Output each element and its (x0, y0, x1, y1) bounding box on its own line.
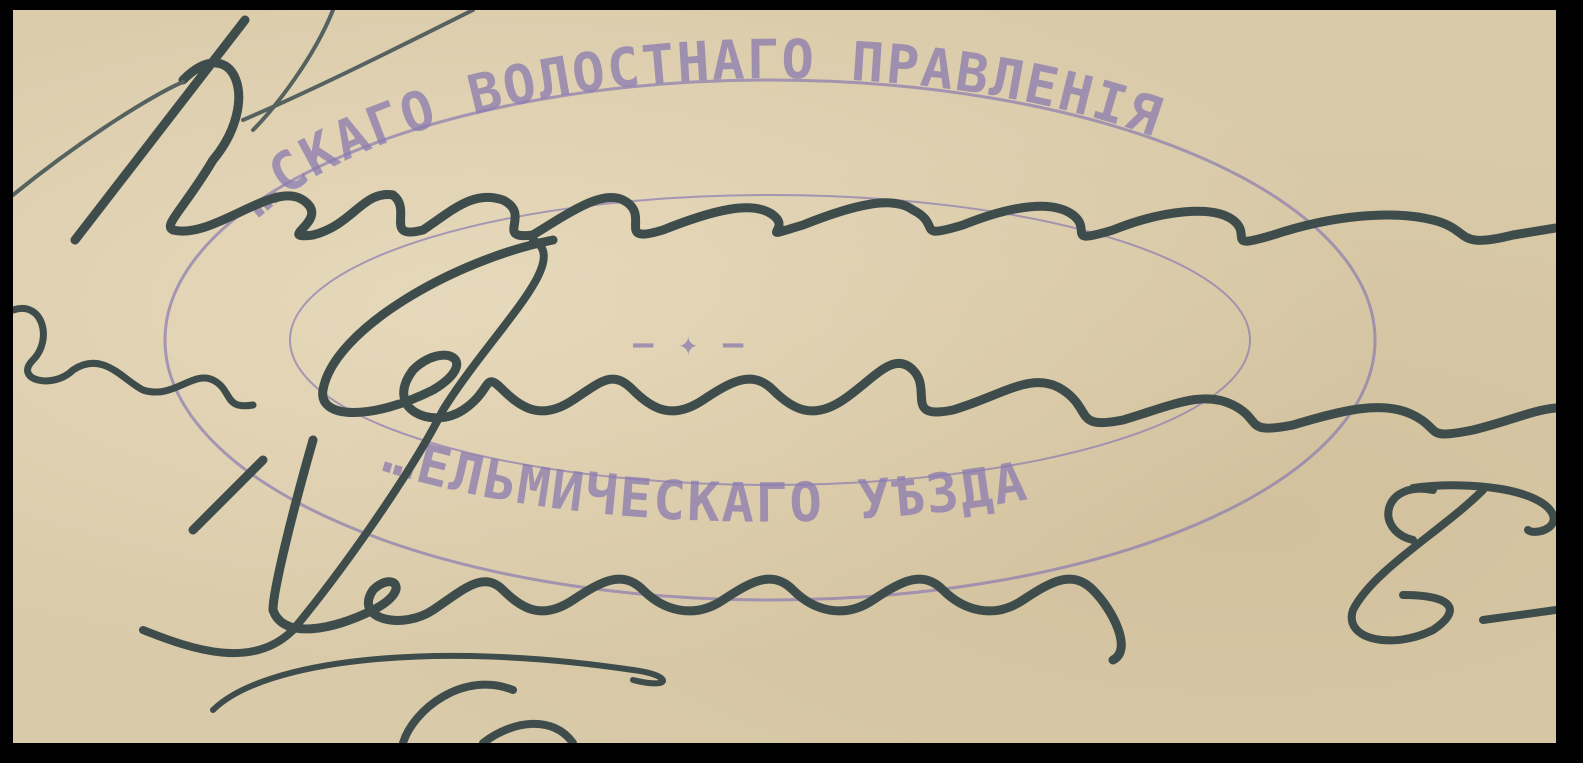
handwriting-line-4 (403, 685, 573, 743)
handwriting-line-2-prefix (13, 308, 253, 405)
handwriting-line-1 (75, 20, 1556, 241)
document-image: …СКАГО ВОЛОСТНАГО ПРАВЛЕНІЯ …ЕЛЬМИЧЕСКАГ… (13, 10, 1556, 743)
handwriting-line-2 (323, 240, 1556, 434)
handwriting-loop (143, 240, 544, 653)
handwriting-line-3-suffix (1352, 485, 1556, 640)
handwriting (13, 10, 1556, 743)
handwriting-line-3 (193, 440, 1121, 660)
